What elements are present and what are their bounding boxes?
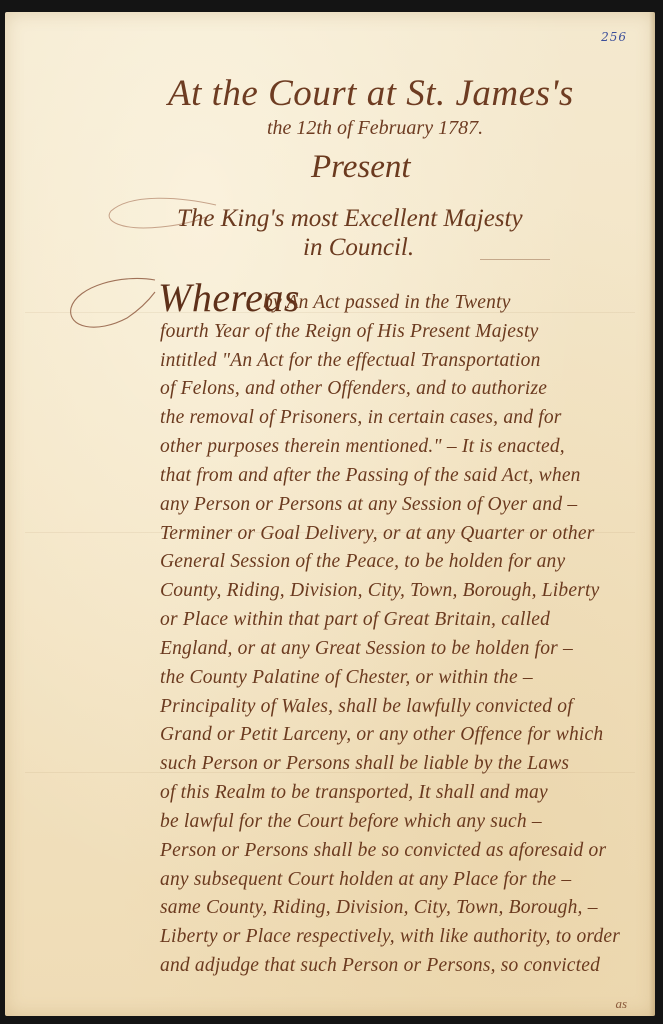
text-line: England, or at any Great Session to be h…	[160, 638, 573, 660]
text-line: Grand or Petit Larceny, or any other Off…	[160, 724, 603, 746]
text-line: that from and after the Passing of the s…	[160, 465, 581, 487]
text-line: Person or Persons shall be so convicted …	[160, 840, 606, 862]
text-line: General Session of the Peace, to be hold…	[160, 551, 565, 573]
text-line: be lawful for the Court before which any…	[160, 811, 542, 833]
text-line: the County Palatine of Chester, or withi…	[160, 667, 533, 689]
heading-majesty: The King's most Excellent Majesty	[177, 205, 523, 233]
heading-council: in Council.	[303, 234, 414, 262]
text-line: or Place within that part of Great Brita…	[160, 609, 550, 631]
manuscript-page: 256 At the Court at St. James's the 12th…	[5, 12, 655, 1016]
text-line: such Person or Persons shall be liable b…	[160, 753, 569, 775]
text-line: and adjudge that such Person or Persons,…	[160, 955, 600, 977]
text-line: same County, Riding, Division, City, Tow…	[160, 897, 598, 919]
catchword: as	[615, 996, 627, 1012]
text-line: by An Act passed in the Twenty	[263, 292, 511, 314]
text-line: any subsequent Court holden at any Place…	[160, 869, 571, 891]
whereas-flourish-icon	[67, 274, 157, 336]
text-line: intitled "An Act for the effectual Trans…	[160, 350, 541, 372]
heading-court: At the Court at St. James's	[168, 72, 574, 115]
text-line: Principality of Wales, shall be lawfully…	[160, 696, 573, 718]
text-line: other purposes therein mentioned." – It …	[160, 436, 565, 458]
text-line: fourth Year of the Reign of His Present …	[160, 321, 538, 343]
text-line: Terminer or Goal Delivery, or at any Qua…	[160, 523, 595, 545]
heading-date: the 12th of February 1787.	[267, 117, 483, 140]
text-line: of this Realm to be transported, It shal…	[160, 782, 548, 804]
text-line: any Person or Persons at any Session of …	[160, 494, 577, 516]
text-line: the removal of Prisoners, in certain cas…	[160, 407, 562, 429]
text-line: Liberty or Place respectively, with like…	[160, 926, 620, 948]
heading-present: Present	[311, 149, 411, 186]
text-line: of Felons, and other Offenders, and to a…	[160, 378, 547, 400]
council-rule	[480, 259, 550, 260]
text-line: County, Riding, Division, City, Town, Bo…	[160, 580, 599, 602]
folio-number: 256	[601, 30, 627, 44]
